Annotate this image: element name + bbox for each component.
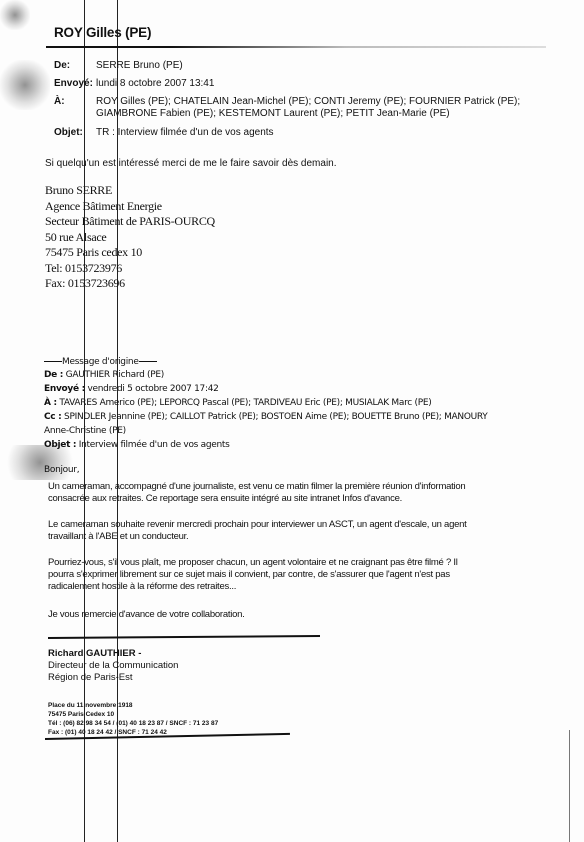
greeting: Bonjour,: [44, 463, 79, 477]
email-body: Si quelqu'un est intéressé merci de me l…: [45, 158, 337, 169]
signature-name: Richard GAUTHIER -: [48, 648, 178, 660]
paragraph: Pourriez-vous, s'il vous plaît, me propo…: [48, 557, 568, 593]
paragraph: Je vous remercie d'avance de votre colla…: [48, 609, 568, 621]
original-cc-cont: Anne-Christine (PE): [44, 424, 126, 438]
cc-value: SPINDLER Jeannine (PE); CAILLOT Patrick …: [64, 412, 487, 422]
subject-label: Objet :: [44, 440, 76, 450]
scan-noise: [0, 0, 30, 30]
original-message-title: Message d'origine: [44, 355, 157, 369]
divider: [46, 46, 546, 48]
paragraph-line: Pourriez-vous, s'il vous plaît, me propo…: [48, 557, 568, 569]
subject-value: TR : Interview filmée d'un de vos agents: [96, 127, 274, 139]
paragraph: Un cameraman, accompagné d'une journalis…: [48, 481, 568, 505]
to-label: À:: [54, 96, 96, 108]
to-label: À :: [44, 398, 57, 408]
signature-line: 75475 Paris cedex 10: [45, 245, 215, 261]
paragraph-line: Un cameraman, accompagné d'une journalis…: [48, 481, 568, 493]
header-to: À:ROY Gilles (PE); CHATELAIN Jean-Michel…: [54, 96, 520, 120]
original-message-label: Message d'origine: [62, 357, 139, 367]
scan-noise: [0, 60, 50, 110]
to-line: ROY Gilles (PE); CHATELAIN Jean-Michel (…: [96, 96, 520, 107]
paragraph-line: Je vous remercie d'avance de votre colla…: [48, 609, 568, 621]
to-value: TAVARES Americo (PE); LEPORCQ Pascal (PE…: [59, 398, 431, 408]
paragraph-line: pourra s'exprimer librement sur ce sujet…: [48, 569, 568, 581]
scan-artifact-line: [569, 730, 570, 842]
signature-block: Bruno SERRE Agence Bâtiment Energie Sect…: [45, 183, 215, 292]
from-value: GAUTHIER Richard (PE): [66, 370, 164, 380]
signature-line: Agence Bâtiment Energie: [45, 199, 215, 215]
paragraph-line: consacrée aux retraites. Ce reportage se…: [48, 493, 568, 505]
original-subject: Objet : Interview filmée d'un de vos age…: [44, 438, 230, 452]
divider: [48, 635, 320, 638]
paragraph-line: travaillant à l'ABE et un conducteur.: [48, 531, 568, 543]
from-label: De :: [44, 370, 63, 380]
email-title: ROY Gilles (PE): [54, 25, 151, 40]
signature-line: Bruno SERRE: [45, 183, 215, 199]
original-to: À : TAVARES Americo (PE); LEPORCQ Pascal…: [44, 396, 431, 410]
subject-label: Objet:: [54, 127, 96, 139]
to-value: ROY Gilles (PE); CHATELAIN Jean-Michel (…: [96, 96, 520, 120]
original-sent: Envoyé : vendredi 5 octobre 2007 17:42: [44, 382, 219, 396]
cc-label: Cc :: [44, 412, 61, 422]
signature-region: Région de Paris-Est: [48, 672, 178, 684]
signature-line: Tel: 0153723976: [45, 261, 215, 277]
original-cc: Cc : SPINDLER Jeannine (PE); CAILLOT Pat…: [44, 410, 488, 424]
to-line: GIAMBRONE Fabien (PE); KESTEMONT Laurent…: [96, 108, 450, 119]
header-sent: Envoyé:lundi 8 octobre 2007 13:41: [54, 78, 214, 90]
address-line: Place du 11 novembre 1918: [48, 701, 218, 710]
address-line: 75475 Paris Cedex 10: [48, 710, 218, 719]
from-value: SERRE Bruno (PE): [96, 60, 183, 72]
sent-value: vendredi 5 octobre 2007 17:42: [87, 384, 218, 394]
signature-line: Secteur Bâtiment de PARIS-OURCQ: [45, 214, 215, 230]
from-label: De:: [54, 60, 96, 72]
signature-role: Directeur de la Communication: [48, 660, 178, 672]
sent-label: Envoyé :: [44, 384, 85, 394]
sent-value: lundi 8 octobre 2007 13:41: [96, 78, 214, 90]
paragraph-line: radicalement hostile à la réforme des re…: [48, 581, 568, 593]
subject-value: Interview filmée d'un de vos agents: [79, 440, 230, 450]
signature-line: 50 rue Alsace: [45, 230, 215, 246]
address-line: Tél : (06) 82 98 34 54 / (01) 40 18 23 8…: [48, 719, 218, 728]
paragraph-line: Le cameraman souhaite revenir mercredi p…: [48, 519, 568, 531]
original-from: De : GAUTHIER Richard (PE): [44, 368, 164, 382]
header-subject: Objet:TR : Interview filmée d'un de vos …: [54, 127, 274, 139]
header-from: De:SERRE Bruno (PE): [54, 60, 183, 72]
signature-line: Fax: 0153723696: [45, 276, 215, 292]
original-address: Place du 11 novembre 1918 75475 Paris Ce…: [48, 701, 218, 737]
original-signature: Richard GAUTHIER - Directeur de la Commu…: [48, 648, 178, 684]
sent-label: Envoyé:: [54, 78, 96, 90]
paragraph: Le cameraman souhaite revenir mercredi p…: [48, 519, 568, 543]
